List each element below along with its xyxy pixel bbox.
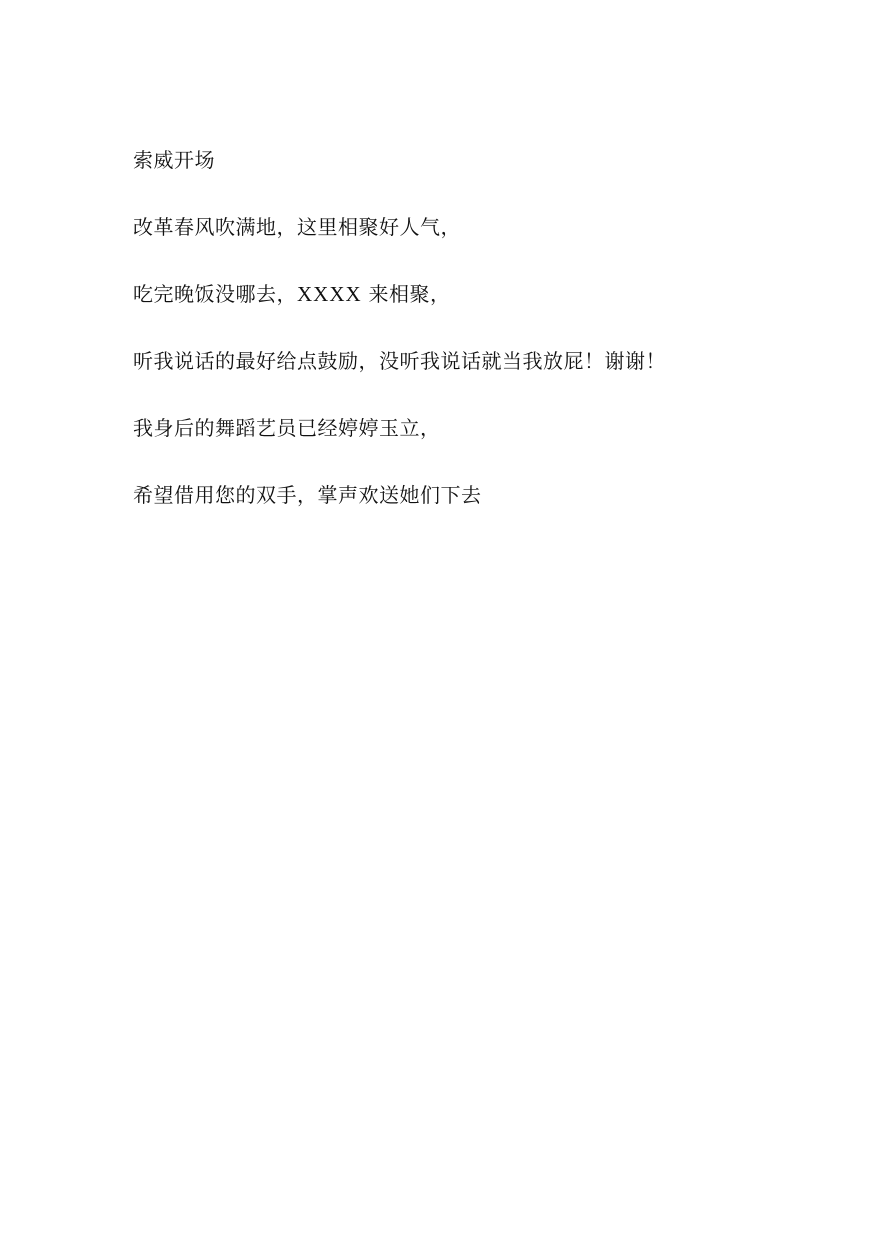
line-2-segment-latin: XXXX	[297, 282, 362, 306]
paragraph-line-1: 改革春风吹满地，这里相聚好人气，	[133, 204, 804, 251]
paragraph-title: 索威开场	[133, 137, 804, 184]
document-page: 索威开场 改革春风吹满地，这里相聚好人气， 吃完晚饭没哪去，XXXX 来相聚， …	[0, 0, 884, 1250]
paragraph-line-2: 吃完晚饭没哪去，XXXX 来相聚，	[133, 271, 804, 318]
document-body: 索威开场 改革春风吹满地，这里相聚好人气， 吃完晚饭没哪去，XXXX 来相聚， …	[133, 117, 804, 539]
paragraph-line-5: 希望借用您的双手，掌声欢送她们下去	[133, 472, 804, 519]
line-2-segment-post: 来相聚，	[362, 282, 451, 306]
paragraph-line-3: 听我说话的最好给点鼓励，没听我说话就当我放屁！谢谢！	[133, 338, 804, 385]
paragraph-line-4: 我身后的舞蹈艺员已经婷婷玉立，	[133, 405, 804, 452]
line-2-segment-pre: 吃完晚饭没哪去，	[133, 282, 297, 306]
